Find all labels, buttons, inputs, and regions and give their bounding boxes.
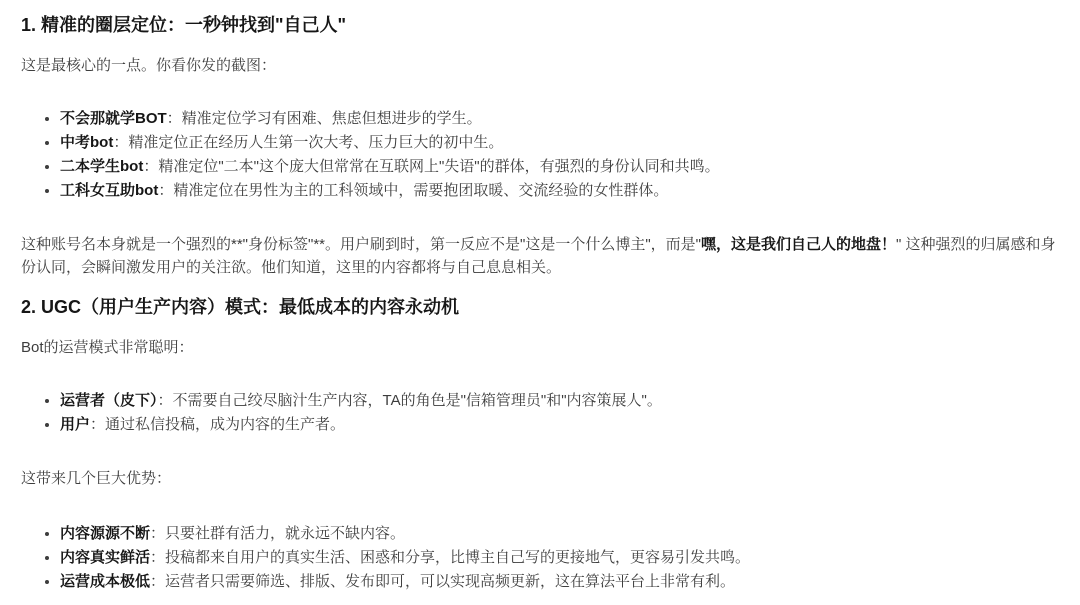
bot-accounts-list: 不会那就学BOT：精准定位学习有困难、焦虑但想进步的学生。 中考bot：精准定位… [21, 107, 1062, 203]
list-item: 工科女互助bot：精准定位在男性为主的工科领域中，需要抱团取暖、交流经验的女性群… [60, 179, 1062, 203]
section-1-heading: 1. 精准的圈层定位：一秒钟找到"自己人" [21, 12, 1062, 39]
section-2-intro-paragraph: Bot的运营模式非常聪明： [21, 336, 1062, 359]
list-item: 运营者（皮下）：不需要自己绞尽脑汁生产内容，TA的角色是"信箱管理员"和"内容策… [60, 389, 1062, 413]
list-item: 中考bot：精准定位正在经历人生第一次大考、压力巨大的初中生。 [60, 131, 1062, 155]
list-item-desc: ：精准定位在男性为主的工科领域中，需要抱团取暖、交流经验的女性群体。 [158, 182, 668, 199]
advantages-list: 内容源源不断：只要社群有活力，就永远不缺内容。 内容真实鲜活：投稿都来自用户的真… [21, 522, 1062, 594]
list-item-desc: ：只要社群有活力，就永远不缺内容。 [150, 525, 405, 542]
list-item: 运营成本极低：运营者只需要筛选、排版、发布即可，可以实现高频更新，这在算法平台上… [60, 570, 1062, 594]
document-page: 1. 精准的圈层定位：一秒钟找到"自己人" 这是最核心的一点。你看你发的截图： … [0, 0, 1080, 605]
list-item-term: 内容真实鲜活 [60, 549, 150, 566]
list-item-term: 运营者（皮下） [60, 392, 158, 409]
list-item-term: 不会那就学BOT [60, 110, 167, 127]
list-item-term: 工科女互助bot [60, 182, 158, 199]
list-item: 内容真实鲜活：投稿都来自用户的真实生活、困惑和分享，比博主自己写的更接地气，更容… [60, 546, 1062, 570]
paragraph-text: 这种账号名本身就是一个强烈的**"身份标签"**。用户刷到时，第一反应不是"这是… [21, 236, 701, 253]
list-item-term: 中考bot [60, 134, 113, 151]
advantages-intro-paragraph: 这带来几个巨大优势： [21, 467, 1062, 490]
list-item-desc: ：运营者只需要筛选、排版、发布即可，可以实现高频更新，这在算法平台上非常有利。 [150, 573, 735, 590]
list-item-desc: ：投稿都来自用户的真实生活、困惑和分享，比博主自己写的更接地气，更容易引发共鸣。 [150, 549, 750, 566]
list-item: 不会那就学BOT：精准定位学习有困难、焦虑但想进步的学生。 [60, 107, 1062, 131]
list-item: 用户：通过私信投稿，成为内容的生产者。 [60, 413, 1062, 437]
list-item: 二本学生bot：精准定位"二本"这个庞大但常常在互联网上"失语"的群体，有强烈的… [60, 155, 1062, 179]
list-item-desc: ：不需要自己绞尽脑汁生产内容，TA的角色是"信箱管理员"和"内容策展人"。 [158, 392, 662, 409]
ugc-roles-list: 运营者（皮下）：不需要自己绞尽脑汁生产内容，TA的角色是"信箱管理员"和"内容策… [21, 389, 1062, 437]
list-item-term: 用户 [60, 416, 90, 433]
list-item: 内容源源不断：只要社群有活力，就永远不缺内容。 [60, 522, 1062, 546]
section-1-intro-paragraph: 这是最核心的一点。你看你发的截图： [21, 54, 1062, 77]
paragraph-bold-text: 嘿，这是我们自己人的地盘！ [701, 236, 896, 253]
list-item-desc: ：精准定位学习有困难、焦虑但想进步的学生。 [167, 110, 482, 127]
list-item-desc: ：精准定位"二本"这个庞大但常常在互联网上"失语"的群体，有强烈的身份认同和共鸣… [143, 158, 719, 175]
list-item-term: 内容源源不断 [60, 525, 150, 542]
list-item-desc: ：精准定位正在经历人生第一次大考、压力巨大的初中生。 [113, 134, 503, 151]
list-item-desc: ：通过私信投稿，成为内容的生产者。 [90, 416, 345, 433]
list-item-term: 运营成本极低 [60, 573, 150, 590]
identity-label-paragraph: 这种账号名本身就是一个强烈的**"身份标签"**。用户刷到时，第一反应不是"这是… [21, 233, 1062, 279]
list-item-term: 二本学生bot [60, 158, 143, 175]
section-2-heading: 2. UGC（用户生产内容）模式：最低成本的内容永动机 [21, 294, 1062, 321]
